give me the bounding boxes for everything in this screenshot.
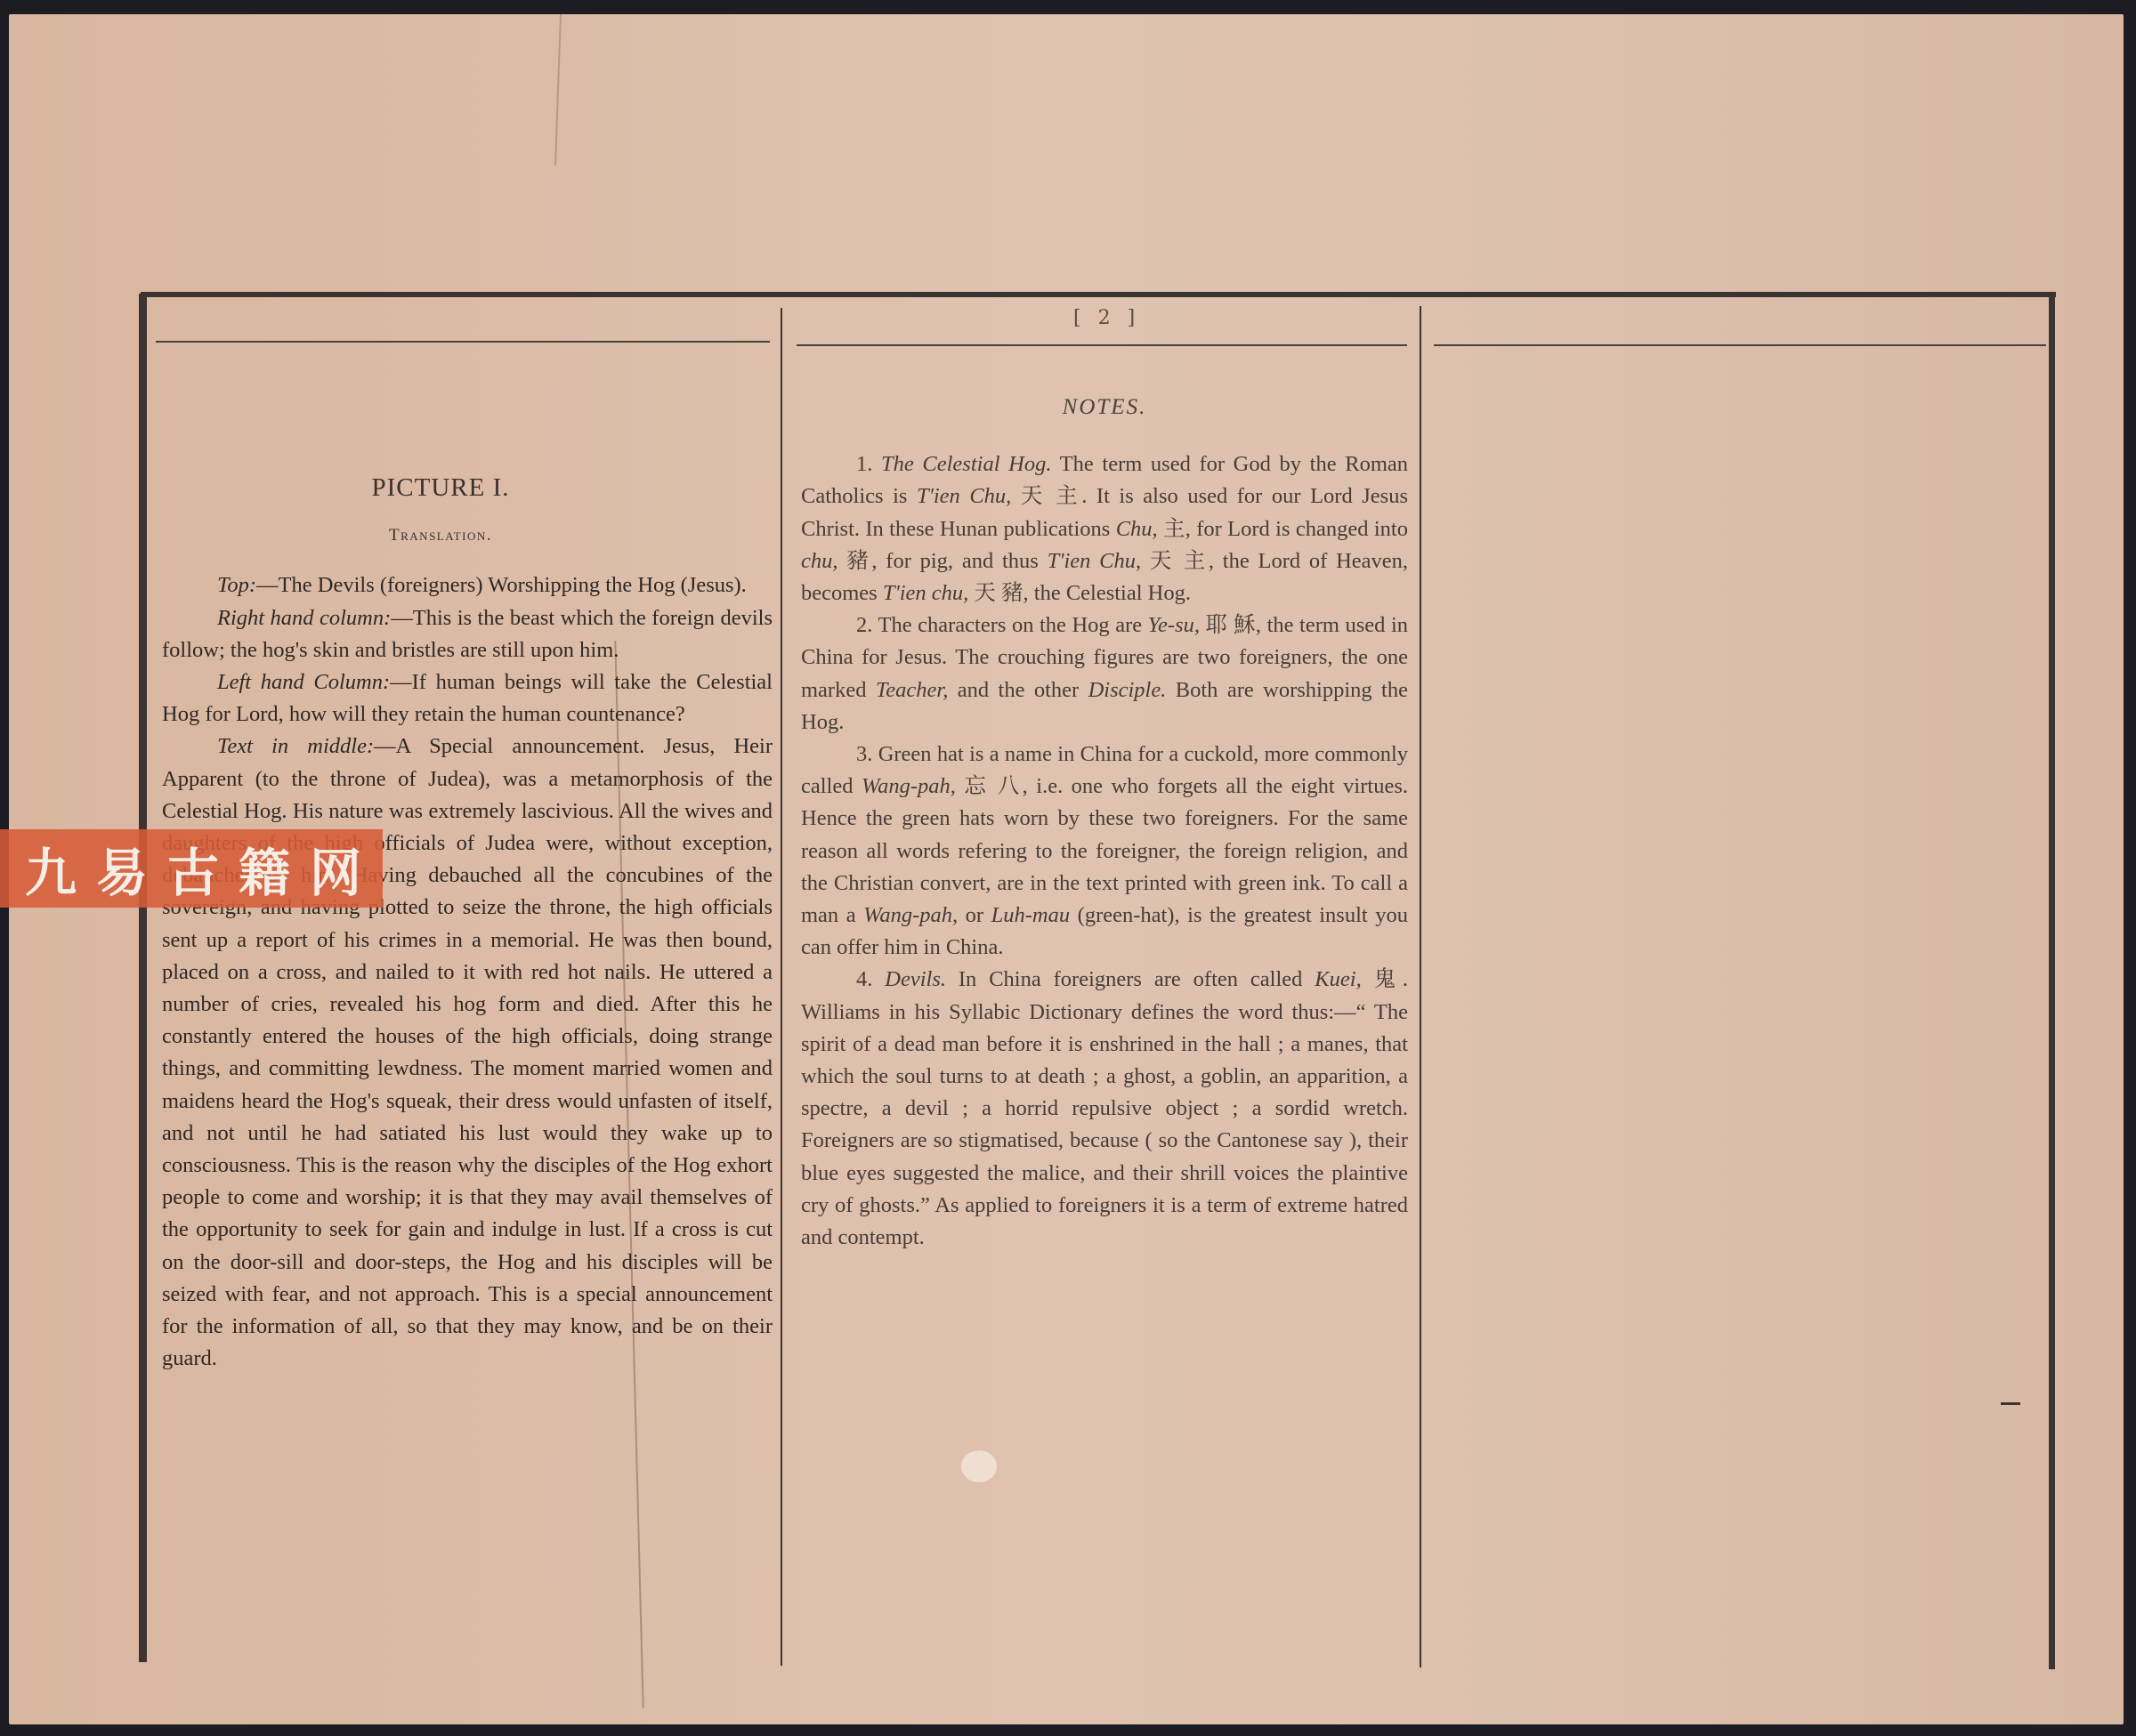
italic-term: T'ien Chu, [1048,549,1142,573]
paper-stain [961,1450,997,1482]
italic-term: Wang-pah, [862,774,956,798]
italic-term: Wang-pah, [863,903,958,927]
left-column: PICTURE I. Translation. Top:—The Devils … [162,472,773,1375]
right-column-header-rule [1434,344,2046,346]
italic-term: Teacher, [876,678,948,702]
column-divider-1 [781,308,782,1666]
column-divider-2 [1420,306,1421,1667]
note-text: 豬, for pig, and thus [838,549,1048,573]
note-number: 2. [856,613,878,637]
italic-term: Chu, [1116,517,1158,541]
italic-term: Luh-mau [991,903,1070,927]
note-text: or [958,903,991,927]
note-4: 4. Devils. In China foreigners are often… [801,964,1408,1254]
paragraph-label: Text in middle: [217,734,374,758]
paragraph-left-hand-column: Left hand Column:—If human beings will t… [162,666,773,731]
paragraph-label: Top: [217,573,256,597]
margin-dash-mark [2001,1402,2020,1405]
note-number: 1. [856,452,881,476]
italic-term: T'ien Chu, [917,484,1011,508]
paragraph-top: Top:—The Devils (foreigners) Worshipping… [162,569,773,602]
frame-top-rule [141,292,2056,297]
picture-title: PICTURE I. [109,472,773,504]
frame-right-border [2049,295,2055,1669]
note-3: 3. Green hat is a name in China for a cu… [801,739,1408,964]
note-text: 主, for Lord is changed into [1158,517,1408,541]
translation-heading: Translation. [109,520,773,552]
note-text: 天 豬, the Celestial Hog. [968,581,1191,605]
note-number: 3. [856,742,878,766]
italic-term: Ye-su, [1148,613,1200,637]
left-column-header-rule [156,341,770,343]
notes-heading: NOTES. [801,392,1408,424]
paragraph-label: Right hand column: [217,606,391,630]
middle-column-header-rule [797,344,1407,346]
italic-term: Devils. [885,967,946,991]
note-text: 鬼. Williams in his Syllabic Dictionary d… [801,967,1408,1249]
italic-term: chu, [801,549,838,573]
note-2: 2. The characters on the Hog are Ye-su, … [801,610,1408,739]
note-text: and the other [948,678,1088,702]
note-text: The characters on the Hog are [878,613,1147,637]
page-number: [ 2 ] [1073,307,1140,329]
note-number: 4. [856,967,885,991]
paragraph-text-in-middle: Text in middle:—A Special announcement. … [162,731,773,1375]
paragraph-right-hand-column: Right hand column:—This is the beast whi… [162,602,773,666]
italic-term: T'ien chu, [883,581,968,605]
right-column-blank [1424,349,2047,1657]
italic-term: Kuei, [1315,967,1361,991]
middle-column-notes: NOTES. 1. The Celestial Hog. The term us… [801,392,1408,1254]
note-1: 1. The Celestial Hog. The term used for … [801,448,1408,610]
italic-term: Disciple. [1088,678,1167,702]
italic-term: The Celestial Hog. [881,452,1051,476]
paragraph-label: Left hand Column: [217,670,390,694]
watermark-banner: 九易古籍网 [0,829,383,908]
note-text: In China foreigners are often called [946,967,1315,991]
